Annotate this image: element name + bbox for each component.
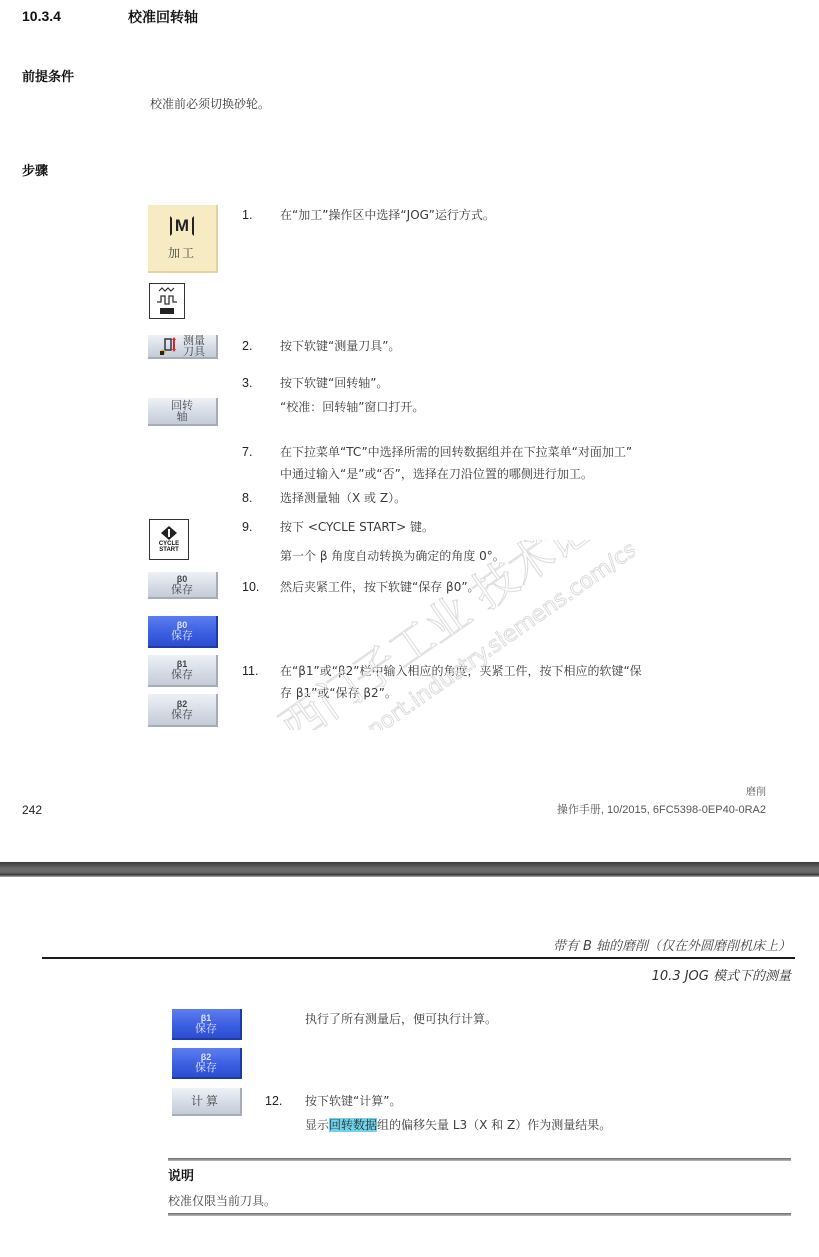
calculate-label: 计算 [191, 1096, 221, 1107]
header-rule [42, 957, 795, 959]
step-subtext: 显示回转数据组的偏移矢量 L3（X 和 Z）作为测量结果。 [305, 1115, 611, 1136]
step-number: 1. [242, 208, 252, 222]
calculate-softkey[interactable]: 计算 [172, 1088, 242, 1116]
step-number: 9. [242, 520, 252, 534]
save-label: 保存 [171, 630, 193, 641]
save-label: 保存 [171, 584, 193, 595]
save-beta1-softkey[interactable]: β1 保存 [148, 655, 218, 687]
step-text: 选择测量轴（X 或 Z）。 [280, 488, 406, 509]
step-text-line1: 在下拉菜单“TC”中选择所需的回转数据组并在下拉菜单“对面加工” [280, 442, 632, 463]
prerequisite-text: 校准前必须切换砂轮。 [150, 96, 270, 112]
step-text: 按下软键“回转轴”。 [280, 373, 388, 394]
prerequisite-heading: 前提条件 [22, 66, 74, 85]
measure-tool-softkey[interactable]: 测量 刀具 [148, 335, 218, 359]
step-text: 按下软键“测量刀具”。 [280, 336, 400, 357]
step-text: 在“加工”操作区中选择“JOG”运行方式。 [280, 205, 495, 226]
section-number: 10.3.4 [22, 8, 61, 24]
step-number: 10. [242, 580, 259, 594]
running-header-chapter: 带有 B 轴的磨削（仅在外圆磨削机床上） [553, 935, 791, 954]
page-separator [0, 862, 819, 877]
note-top-rule [168, 1158, 791, 1161]
save-label: 保存 [195, 1062, 217, 1073]
save-label: 保存 [171, 709, 193, 720]
save-label: 保存 [171, 669, 193, 680]
note-bottom-rule [168, 1213, 791, 1216]
steps-heading: 步骤 [22, 160, 48, 179]
save-beta0-softkey[interactable]: β0 保存 [148, 572, 218, 599]
rotary-axis-label-2: 轴 [177, 411, 188, 422]
save-beta2-softkey-active[interactable]: β2 保存 [172, 1048, 242, 1079]
section-title: 校准回转轴 [128, 7, 198, 27]
footer-manual-info: 操作手册, 10/2015, 6FC5398-0EP40-0RA2 [557, 801, 766, 817]
step-text-line1: 在“β1”或“β2”栏中输入相应的角度，夹紧工件，按下相应的软键“保 [280, 661, 642, 682]
step-text-line2: 中通过输入“是”或“否”，选择在刀沿位置的哪侧进行加工。 [280, 464, 593, 485]
step-number: 3. [242, 376, 252, 390]
step-text-line2: 存 β1”或“保存 β2”。 [280, 683, 397, 704]
step-number: 7. [242, 445, 252, 459]
measure-tool-label-2: 刀具 [183, 346, 205, 357]
subtext-before: 显示 [305, 1118, 329, 1132]
machine-key-label: 加工 [168, 244, 196, 261]
page-number: 242 [22, 803, 42, 817]
rotary-axis-softkey[interactable]: 回转 轴 [148, 398, 218, 426]
watermark: 西门子工业 技术论坛 support.industry.siemens.com/… [215, 540, 635, 730]
step-number: 12. [265, 1094, 282, 1108]
save-label: 保存 [195, 1023, 217, 1034]
jog-key[interactable] [149, 283, 185, 319]
save-beta1-softkey-active[interactable]: β1 保存 [172, 1009, 242, 1040]
machine-area-key[interactable]: M 加工 [148, 205, 218, 273]
step-number: 8. [242, 491, 252, 505]
step-text: 按下软键“计算”。 [305, 1091, 401, 1112]
cycle-start-key[interactable]: CYCLE START [149, 519, 189, 560]
save-beta2-softkey[interactable]: β2 保存 [148, 694, 218, 727]
intro-text: 执行了所有测量后，便可执行计算。 [305, 1009, 497, 1030]
note-title: 说明 [168, 1165, 194, 1184]
measure-tool-icon [159, 336, 179, 356]
cycle-start-label-2: START [159, 547, 179, 554]
step-number: 2. [242, 339, 252, 353]
machine-m-icon: M [170, 216, 194, 236]
step-subtext: 第一个 β 角度自动转换为确定的角度 0°。 [280, 546, 505, 567]
subtext-after: 组的偏移矢量 L3（X 和 Z）作为测量结果。 [377, 1118, 611, 1132]
step-text: 然后夹紧工件，按下软键“保存 β0”。 [280, 577, 480, 598]
highlighted-term: 回转数据 [329, 1118, 377, 1132]
running-header-section: 10.3 JOG 模式下的测量 [652, 965, 791, 984]
footer-chapter: 磨削 [746, 783, 766, 798]
step-subtext: “校准：回转轴”窗口打开。 [280, 397, 424, 418]
note-text: 校准仅限当前刀具。 [168, 1192, 276, 1209]
step-number: 11. [242, 664, 258, 678]
save-beta0-softkey-active[interactable]: β0 保存 [148, 616, 218, 648]
cycle-start-icon [160, 525, 178, 541]
jog-icon [153, 286, 181, 316]
step-text: 按下 <CYCLE START> 键。 [280, 517, 434, 538]
